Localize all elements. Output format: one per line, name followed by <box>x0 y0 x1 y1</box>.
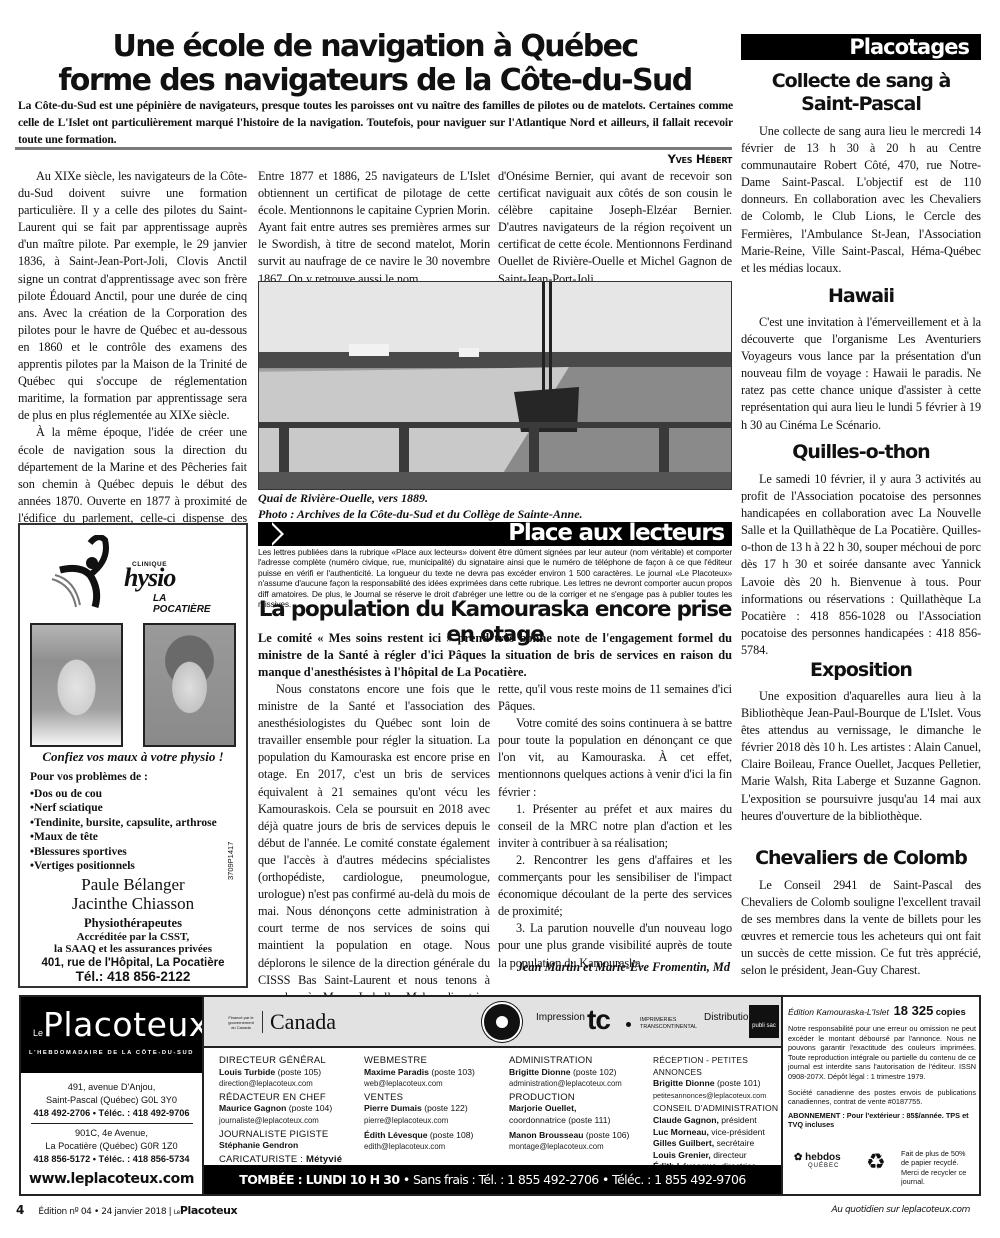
name: Gilles Guilbert, <box>653 1138 714 1148</box>
divider <box>15 147 732 150</box>
extension: (poste 104) <box>289 1103 332 1113</box>
brief-title: Chevaliers de Colomb <box>741 847 981 870</box>
therapist-name: Jacinthe Chiasson <box>20 894 246 913</box>
paragraph: Le Conseil 2941 de Saint-Pascal des Chev… <box>741 877 981 980</box>
paragraph: Nous constatons encore une fois que le m… <box>258 681 490 1023</box>
logo-le: Le <box>33 1028 43 1038</box>
extension: (poste 101) <box>717 1078 760 1088</box>
distribution-label: Distribution <box>704 1012 754 1023</box>
recycled-notice: Fait de plus de 50% de papier recyclé. M… <box>901 1149 973 1186</box>
address-line: La Pocatière (Québec) G0R 1Z0 <box>21 1140 202 1153</box>
recycle-icon: ♻ <box>866 1149 886 1175</box>
list-item: Maux de tête <box>30 830 217 844</box>
headline-line-2: forme des navigateurs de la Côte-du-Sud <box>15 64 735 98</box>
staff-role: JOURNALISTE PIGISTE <box>219 1129 364 1141</box>
brief-body: Le Conseil 2941 de Saint-Pascal des Chev… <box>741 877 981 980</box>
historic-photo <box>258 281 732 490</box>
staff-name: Brigitte Dionne (poste 102) <box>509 1067 654 1079</box>
edition-date: Édition nº 04 • 24 janvier 2018 | <box>38 1207 171 1217</box>
chevron-inner <box>269 522 281 546</box>
impression-label: Impression <box>536 1012 585 1023</box>
logo-hysio: hysio <box>124 563 175 593</box>
staff-email[interactable]: petitesannonces@leplacoteux.com <box>653 1090 781 1102</box>
title: secrétaire <box>717 1138 755 1148</box>
printer-name: IMPRIMERIES TRANSCONTINENTAL <box>640 1017 695 1030</box>
legal-notice: Notre responsabilité pour une erreur ou … <box>788 1024 976 1082</box>
photo-caption: Quai de Rivière-Ouelle, vers 1889. Photo… <box>258 491 732 522</box>
funded-by-text: Financé par le gouvernement du Canada <box>226 1015 256 1030</box>
dot-icon <box>626 1022 631 1027</box>
paragraph: C'est une invitation à l'émerveillement … <box>741 314 981 434</box>
problems-heading: Pour vos problèmes de : <box>30 771 148 783</box>
staff-email[interactable]: montage@leplacoteux.com <box>509 1141 654 1153</box>
therapist-role: Physiothérapeutes <box>20 916 246 931</box>
name: Édith Lévesque <box>364 1130 428 1140</box>
paragraph: rette, qu'il vous reste moins de 11 sema… <box>498 681 732 715</box>
staff-email[interactable]: journaliste@leplacoteux.com <box>219 1115 364 1127</box>
therapist-photo-1 <box>30 623 123 747</box>
paragraph: Le samedi 10 février, il y aura 3 activi… <box>741 471 981 659</box>
clinic-logo: CLINIQUE hysio LA POCATIÈRE <box>50 533 225 613</box>
ad-tagline: Confiez vos maux à votre physio ! <box>20 749 246 765</box>
board-title: CONSEIL D'ADMINISTRATION <box>653 1103 781 1115</box>
section-title: Place aux lecteurs <box>508 520 724 546</box>
name: Luc Morneau, <box>653 1127 709 1137</box>
article-column-1: Au XIXe siècle, les navigateurs de la Cô… <box>18 168 247 561</box>
name: Maxime Paradis <box>364 1067 429 1077</box>
staff-role: WEBMESTRE <box>364 1055 509 1067</box>
office-phone: 418 856-5172 • Téléc. : 418 856-5734 <box>21 1153 202 1166</box>
paragraph: 1. Présenter au préfet et aux maires du … <box>498 801 732 852</box>
board-member: Luc Morneau, vice-président <box>653 1127 781 1139</box>
divider <box>262 1011 263 1033</box>
paragraph: Entre 1877 et 1886, 25 navigateurs de L'… <box>258 168 490 288</box>
staff-column-2: WEBMESTRE Maxime Paradis (poste 103) web… <box>364 1053 509 1153</box>
name: Brigitte Dionne <box>653 1078 715 1088</box>
brief-title: Hawaii <box>741 285 981 308</box>
edition-label: Édition Kamouraska-L'Islet <box>788 1007 889 1017</box>
staff-name: Maxime Paradis (poste 103) <box>364 1067 509 1079</box>
publisac-logo: publi sac <box>749 1005 779 1038</box>
certified-circulation-seal-icon <box>482 1002 522 1042</box>
website-link[interactable]: www.leplacoteux.com <box>21 1171 202 1187</box>
brief-title: Collecte de sang à Saint-Pascal <box>741 70 981 116</box>
staff-role: VENTES <box>364 1092 509 1104</box>
logo-name: Placoteux <box>43 1005 209 1044</box>
office-la-pocatiere: 901C, 4e Avenue, La Pocatière (Québec) G… <box>21 1127 202 1166</box>
publication-info: Édition Kamouraska-L'Islet 18 325 copies… <box>788 997 976 1130</box>
flower-icon: ✿ <box>794 1152 802 1163</box>
staff-column-4: RÉCEPTION - PETITES ANNONCES Brigitte Di… <box>653 1053 781 1173</box>
staff-email[interactable]: pierre@leplacoteux.com <box>364 1115 509 1127</box>
list-item: Nerf sciatique <box>30 801 217 815</box>
problems-list: Dos ou de cou Nerf sciatique Tendinite, … <box>30 787 217 873</box>
brief-body: Une collecte de sang aura lieu le mercre… <box>741 123 981 277</box>
staff-name: Louis Turbide (poste 105) <box>219 1067 364 1079</box>
paragraph: Votre comité des soins continuera à se b… <box>498 715 732 800</box>
divider <box>781 997 783 1194</box>
address-line: 491, avenue D'Anjou, <box>21 1081 202 1094</box>
logo-subtitle: L'HEBDOMADAIRE DE LA CÔTE-DU-SUD <box>21 1050 202 1056</box>
extension: (poste 103) <box>431 1067 474 1077</box>
title: vice-président <box>711 1127 765 1137</box>
hebdos-sub: QUÉBEC <box>808 1163 841 1169</box>
section-banner-placotages: Placotages <box>741 34 981 60</box>
title: directeur <box>713 1150 746 1160</box>
title: président <box>721 1115 756 1125</box>
name: Maurice Gagnon <box>219 1103 286 1113</box>
divider <box>31 1123 193 1124</box>
article-column-2: Entre 1877 et 1886, 25 navigateurs de L'… <box>258 168 490 288</box>
article-lede: La Côte-du-Sud est une pépinière de navi… <box>18 97 733 148</box>
staff-email[interactable]: administration@leplacoteux.com <box>509 1078 654 1090</box>
toll-free-numbers: • Sans frais : Tél. : 1 855 492-2706 • T… <box>399 1172 745 1187</box>
brief-body: Le samedi 10 février, il y aura 3 activi… <box>741 471 981 659</box>
name: Métyvié <box>306 1154 342 1165</box>
caricaturist: CARICATURISTE : Métyvié <box>219 1154 364 1166</box>
tc-logo: tc <box>587 1004 610 1036</box>
staff-role: CARICATURISTE : <box>219 1154 303 1165</box>
staff-name: Stéphanie Gendron <box>219 1140 364 1152</box>
address-line: Saint-Pascal (Québec) G0L 3Y0 <box>21 1094 202 1107</box>
ad-contact: 401, rue de l'Hôpital, La Pocatière Tél.… <box>20 957 246 983</box>
copies-label: copies <box>936 1007 966 1018</box>
deadline-label: TOMBÉE : LUNDI 10 H 30 <box>239 1172 399 1187</box>
letter-signature: Jean Martin et Marie-Ève Fromentin, Md <box>498 960 730 975</box>
staff-role: RÉCEPTION - PETITES ANNONCES <box>653 1055 781 1078</box>
staff-column-3: ADMINISTRATION Brigitte Dionne (poste 10… <box>509 1053 654 1153</box>
staff-role: PRODUCTION <box>509 1092 654 1104</box>
hebdos-quebec-logo: ✿ hebdos QUÉBEC <box>794 1152 841 1169</box>
office-phone: 418 492-2706 • Téléc. : 418 492-9706 <box>21 1107 202 1120</box>
deadline-bar: TOMBÉE : LUNDI 10 H 30 • Sans frais : Té… <box>204 1165 781 1194</box>
page-number: 4 <box>16 1203 24 1217</box>
edition-info: Édition Kamouraska-L'Islet 18 325 copies <box>788 1003 976 1018</box>
postal-notice: Société canadienne des postes envois de … <box>788 1088 976 1107</box>
article-column-3: d'Onésime Bernier, qui avant de recevoir… <box>498 168 732 288</box>
name: Louis Turbide <box>219 1067 275 1077</box>
staff-name: Pierre Dumais (poste 122) <box>364 1103 509 1115</box>
paragraph: Une collecte de sang aura lieu le mercre… <box>741 123 981 277</box>
brief-title: Exposition <box>741 659 981 682</box>
byline: Yves Hébert <box>560 152 732 166</box>
extension: (poste 105) <box>278 1067 321 1077</box>
extension: (poste 122) <box>424 1103 467 1113</box>
ad-code: 3709P1417 <box>226 842 235 880</box>
staff-name: Maurice Gagnon (poste 104) <box>219 1103 364 1115</box>
accreditation: Accréditée par la CSST, la SAAQ et les a… <box>20 931 246 955</box>
page-footer-right: Au quotidien sur leplacoteux.com <box>831 1205 970 1215</box>
hebdos-label: hebdos <box>805 1152 841 1163</box>
staff-column-1: DIRECTEUR GÉNÉRAL Louis Turbide (poste 1… <box>219 1053 364 1165</box>
list-item: Dos ou de cou <box>30 787 217 801</box>
staff-role: DIRECTEUR GÉNÉRAL <box>219 1055 364 1067</box>
headline-line-1: Une école de navigation à Québec <box>15 30 735 64</box>
letter-column-2: rette, qu'il vous reste moins de 11 sema… <box>498 681 732 972</box>
name: Manon Brousseau <box>509 1130 584 1140</box>
staff-name: Édith Lévesque (poste 108) <box>364 1130 509 1142</box>
article-headline: Une école de navigation à Québec forme d… <box>15 30 735 98</box>
extension: (poste 108) <box>430 1130 473 1140</box>
board-member: Claude Gagnon, président <box>653 1115 781 1127</box>
list-item: Blessures sportives <box>30 845 217 859</box>
ad-phone: Tél.: 418 856-2122 <box>20 970 246 983</box>
page-footer-left: 4 Édition nº 04 • 24 janvier 2018 | LePl… <box>16 1203 237 1217</box>
name: Claude Gagnon, <box>653 1115 719 1125</box>
name: Brigitte Dionne <box>509 1067 571 1077</box>
accreditation-line: la SAAQ et les assurances privées <box>20 943 246 955</box>
staff-email[interactable]: edith@leplacoteux.com <box>364 1141 509 1153</box>
board-member: Louis Grenier, directeur <box>653 1150 781 1162</box>
extension: (poste 106) <box>586 1130 629 1140</box>
staff-name: Marjorie Ouellet, <box>509 1103 654 1115</box>
office-saint-pascal: 491, avenue D'Anjou, Saint-Pascal (Québe… <box>21 1081 202 1120</box>
staff-name: Manon Brousseau (poste 106) <box>509 1130 654 1142</box>
staff-role: RÉDACTEUR EN CHEF <box>219 1092 364 1104</box>
logo-location: LA POCATIÈRE <box>153 593 225 615</box>
staff-email[interactable]: direction@leplacoteux.com <box>219 1078 364 1090</box>
physio-advertisement[interactable]: CLINIQUE hysio LA POCATIÈRE Confiez vos … <box>18 523 248 988</box>
list-item: Tendinite, bursite, capsulite, arthrose <box>30 816 217 830</box>
staff-role: ADMINISTRATION <box>509 1055 654 1067</box>
therapist-photo-2 <box>143 623 236 747</box>
therapist-names: Paule Bélanger Jacinthe Chiasson <box>20 875 246 913</box>
name: Louis Grenier, <box>653 1150 711 1160</box>
paragraph: d'Onésime Bernier, qui avant de recevoir… <box>498 168 732 288</box>
address-line: 901C, 4e Avenue, <box>21 1127 202 1140</box>
board-member: Gilles Guilbert, secrétaire <box>653 1138 781 1150</box>
newspaper-logo: Le Placoteux L'HEBDOMADAIRE DE LA CÔTE-D… <box>21 997 202 1073</box>
caption-title: Quai de Rivière-Ouelle, vers 1889. <box>258 491 732 507</box>
footer-brand: Placoteux <box>180 1204 237 1217</box>
letter-lede: Le comité « Mes soins restent ici » pren… <box>258 630 732 681</box>
brief-title: Quilles-o-thon <box>741 441 981 464</box>
masthead: Le Placoteux L'HEBDOMADAIRE DE LA CÔTE-D… <box>19 995 981 1196</box>
staff-name: Brigitte Dionne (poste 101) <box>653 1078 781 1090</box>
brief-body: Une exposition d'aquarelles aura lieu à … <box>741 688 981 825</box>
list-item: Vertiges positionnels <box>30 859 217 873</box>
paragraph: Au XIXe siècle, les navigateurs de la Cô… <box>18 168 247 424</box>
subscription-info: ABONNEMENT : Pour l'extérieur : 85$/anné… <box>788 1111 976 1130</box>
paragraph: 2. Rencontrer les gens d'affaires et les… <box>498 852 732 920</box>
accreditation-line: Accréditée par la CSST, <box>20 931 246 943</box>
wharf-photo-illustration <box>259 282 732 490</box>
name: Pierre Dumais <box>364 1103 422 1113</box>
staff-title: coordonnatrice (poste 111) <box>509 1115 654 1127</box>
extension: (poste 102) <box>573 1067 616 1077</box>
letter-column-1: Nous constatons encore une fois que le m… <box>258 681 490 1023</box>
brief-body: C'est une invitation à l'émerveillement … <box>741 314 981 434</box>
therapist-name: Paule Bélanger <box>20 875 246 894</box>
sponsor-bar: Financé par le gouvernement du Canada Ca… <box>204 997 781 1048</box>
figure-swoosh-icon <box>50 535 120 610</box>
paragraph: Une exposition d'aquarelles aura lieu à … <box>741 688 981 825</box>
canada-wordmark: Canada <box>270 1009 336 1035</box>
copies-number: 18 325 <box>894 1003 934 1018</box>
staff-email[interactable]: web@leplacoteux.com <box>364 1078 509 1090</box>
section-banner-readers: Place aux lecteurs <box>258 522 732 546</box>
